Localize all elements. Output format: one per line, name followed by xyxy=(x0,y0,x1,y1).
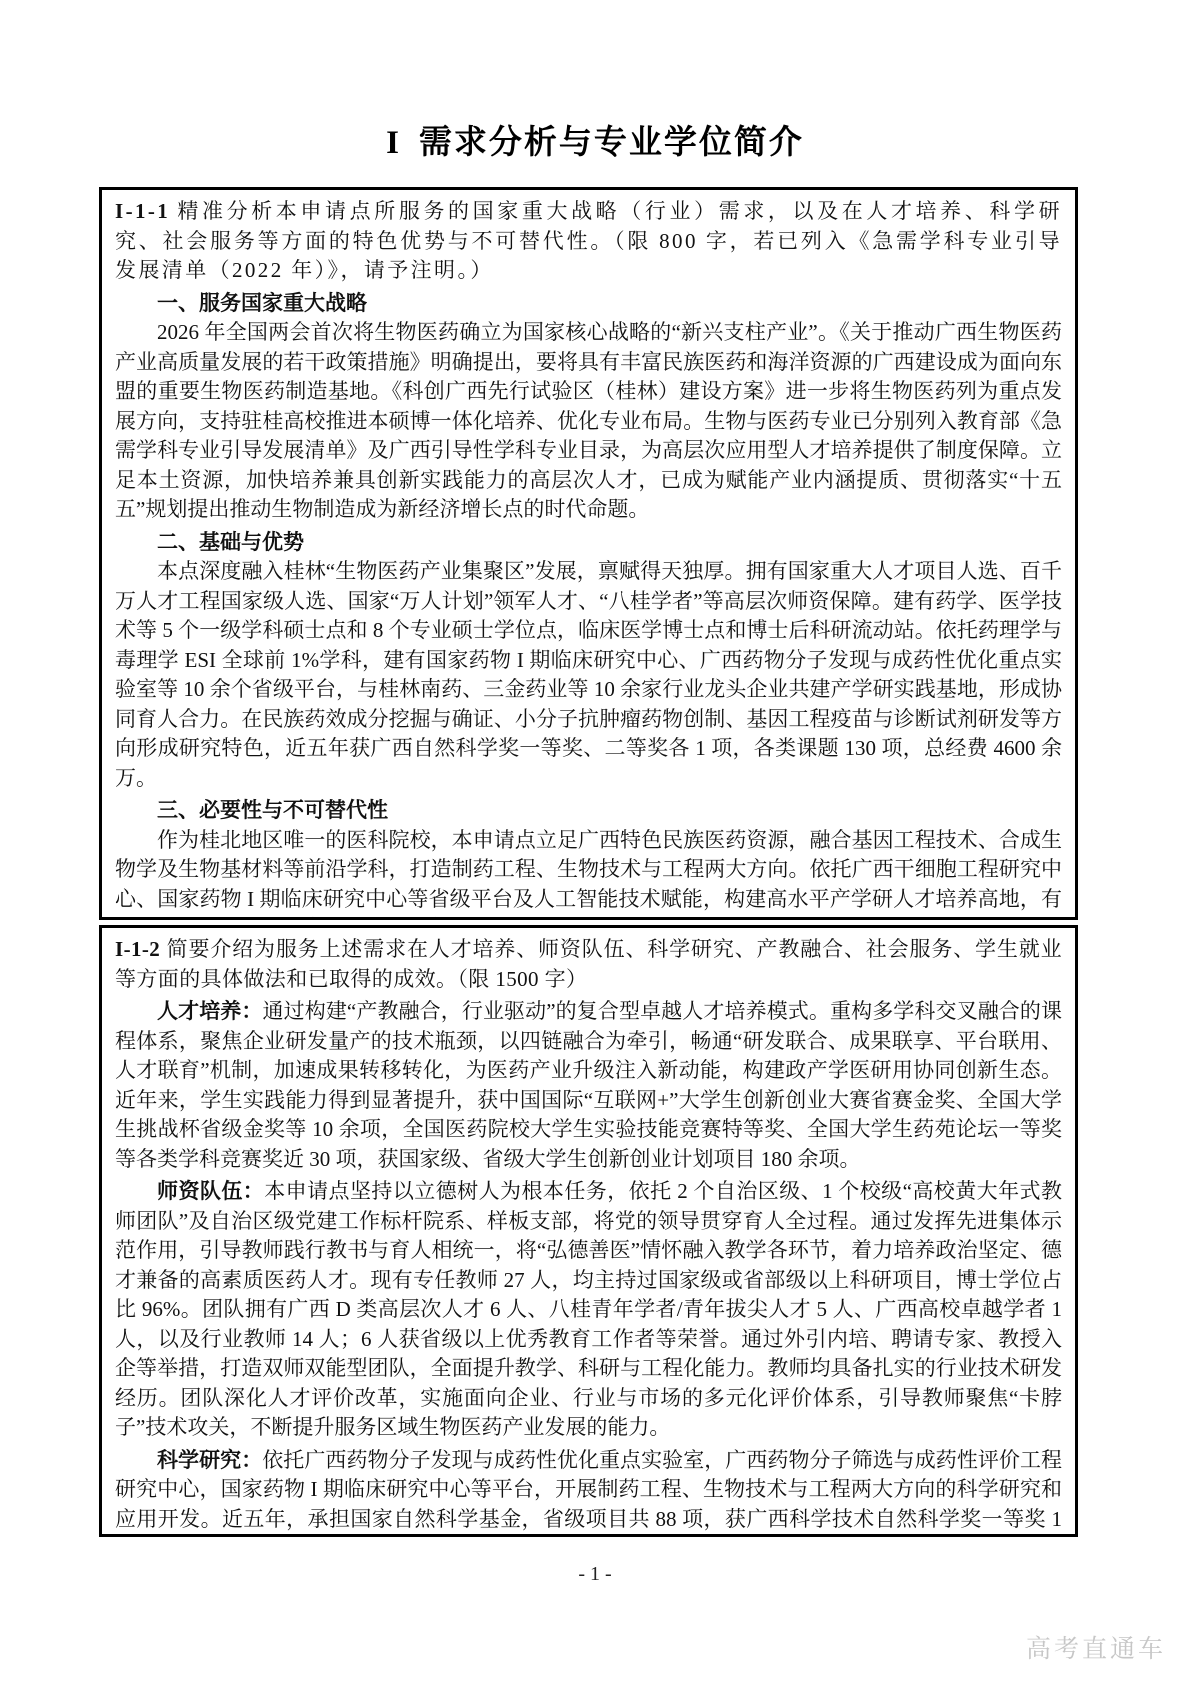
paragraph-label: 人才培养： xyxy=(157,999,263,1023)
title-text: 需求分析与专业学位简介 xyxy=(419,123,804,160)
watermark: 高考直通车 xyxy=(1026,1629,1166,1665)
section-prompt: I-1-2简要介绍为服务上述需求在人才培养、师资队伍、科学研究、产教融合、社会服… xyxy=(115,935,1062,994)
section-id: I-1-2 xyxy=(115,937,166,961)
paragraph-label: 科学研究： xyxy=(157,1448,262,1472)
sub-heading: 一、服务国家重大战略 xyxy=(115,289,1062,319)
sub-heading: 二、基础与优势 xyxy=(115,528,1062,558)
title-roman-numeral: I xyxy=(386,125,399,161)
section-I-1-2: I-1-2简要介绍为服务上述需求在人才培养、师资队伍、科学研究、产教融合、社会服… xyxy=(99,925,1078,1537)
page-title: I需求分析与专业学位简介 xyxy=(0,116,1190,163)
document-page: I需求分析与专业学位简介 I-1-1精准分析本申请点所服务的国家重大战略（行业）… xyxy=(0,0,1190,1683)
paragraph: 人才培养：通过构建“产教融合，行业驱动”的复合型卓越人才培养模式。重构多学科交叉… xyxy=(115,997,1062,1174)
sub-heading: 三、必要性与不可替代性 xyxy=(115,796,1062,826)
section-prompt-text: 简要介绍为服务上述需求在人才培养、师资队伍、科学研究、产教融合、社会服务、学生就… xyxy=(115,937,1062,991)
page-number: - 1 - xyxy=(0,1563,1190,1586)
paragraph: 师资队伍：本申请点坚持以立德树人为根本任务，依托 2 个自治区级、1 个校级“高… xyxy=(115,1177,1062,1443)
section-prompt: I-1-1精准分析本申请点所服务的国家重大战略（行业）需求，以及在人才培养、科学… xyxy=(115,197,1062,286)
section-prompt-text: 精准分析本申请点所服务的国家重大战略（行业）需求，以及在人才培养、科学研究、社会… xyxy=(115,199,1062,282)
paragraph: 本点深度融入桂林“生物医药产业集聚区”发展，禀赋得天独厚。拥有国家重大人才项目人… xyxy=(115,557,1062,793)
section-id: I-1-1 xyxy=(115,199,176,223)
section-I-1-1: I-1-1精准分析本申请点所服务的国家重大战略（行业）需求，以及在人才培养、科学… xyxy=(99,187,1078,920)
paragraph: 作为桂北地区唯一的医科院校，本申请点立足广西特色民族医药资源，融合基因工程技术、… xyxy=(115,826,1062,921)
section-body: 一、服务国家重大战略2026 年全国两会首次将生物医药确立为国家核心战略的“新兴… xyxy=(115,289,1062,921)
paragraph: 2026 年全国两会首次将生物医药确立为国家核心战略的“新兴支柱产业”。《关于推… xyxy=(115,318,1062,525)
paragraph-label: 师资队伍： xyxy=(157,1179,264,1203)
paragraph: 科学研究：依托广西药物分子发现与成药性优化重点实验室，广西药物分子筛选与成药性评… xyxy=(115,1446,1062,1538)
section-body: 人才培养：通过构建“产教融合，行业驱动”的复合型卓越人才培养模式。重构多学科交叉… xyxy=(115,997,1062,1537)
